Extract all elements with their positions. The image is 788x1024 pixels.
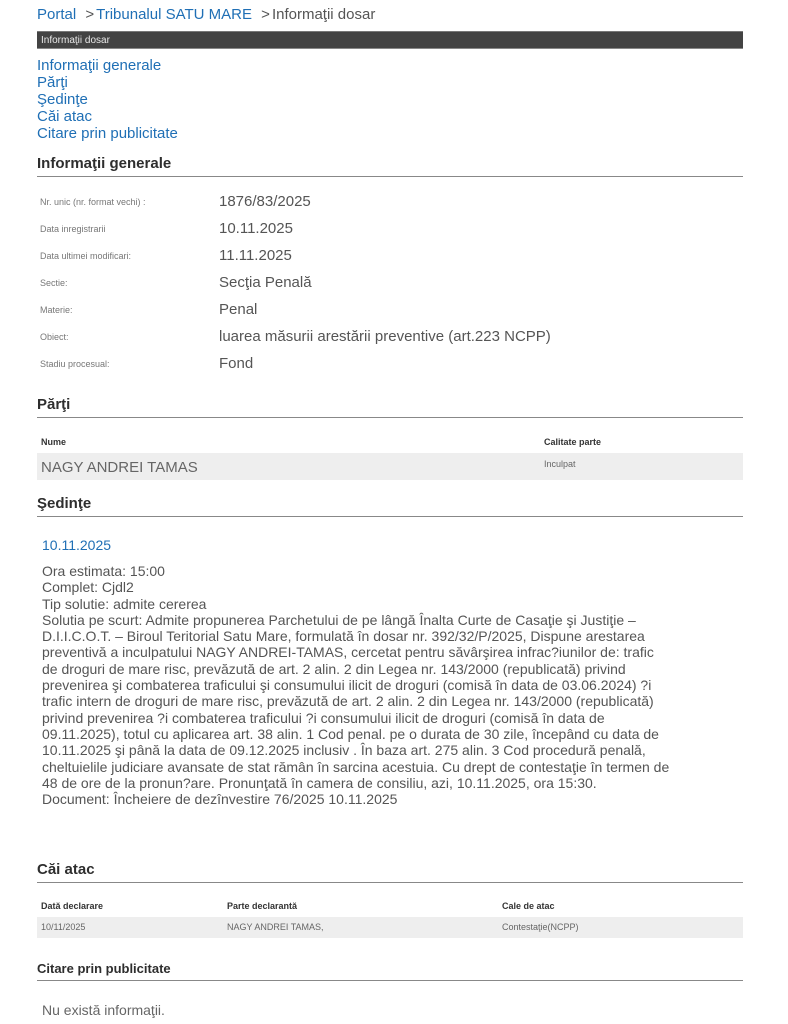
nav-link-informatii-generale[interactable]: Informaţii generale [37,57,178,74]
column-header-parte-declaranta: Parte declarantă [227,901,297,911]
nav-link-cai-atac[interactable]: Căi atac [37,108,178,125]
info-row-data-modificari: Data ultimei modificari: 11.11.2025 [40,251,740,278]
party-name: NAGY ANDREI TAMAS [41,459,198,476]
info-label: Obiect: [40,332,69,342]
hearing-line: preventivă a inculpatului NAGY ANDREI-TA… [42,644,742,660]
hearing-line: Solutia pe scurt: Admite propunerea Parc… [42,612,742,628]
info-value: luarea măsurii arestării preventive (art… [219,328,551,345]
hearing-line: 09.11.2025), totul cu aplicarea art. 38 … [42,726,742,742]
info-label: Stadiu procesual: [40,359,110,369]
table-row: NAGY ANDREI TAMAS Inculpat [37,453,743,480]
breadcrumb-current: Informaţii dosar [272,6,375,23]
party-role: Inculpat [544,459,576,469]
hearing-line: Ora estimata: 15:00 [42,563,742,579]
breadcrumb-separator: > [85,6,94,23]
column-header-cale-atac: Cale de atac [502,901,555,911]
hearing-line: 10.11.2025 şi până la data de 09.12.2025… [42,742,742,758]
appeal-party: NAGY ANDREI TAMAS, [227,922,324,932]
hearing-line: 48 de ore de la pronun?are. Pronunţată î… [42,775,742,791]
info-row-nr-unic: Nr. unic (nr. format vechi) : 1876/83/20… [40,197,740,224]
info-value: 11.11.2025 [219,247,292,264]
section-nav: Informaţii generale Părţi Şedinţe Căi at… [37,57,178,142]
citare-empty-message: Nu există informaţii. [42,1002,165,1018]
info-row-stadiu: Stadiu procesual: Fond [40,359,740,386]
breadcrumb-court-link[interactable]: Tribunalul SATU MARE [96,6,252,23]
hearing-line: trafic intern de droguri de mare risc, p… [42,693,742,709]
nav-link-citare[interactable]: Citare prin publicitate [37,125,178,142]
section-title-cai-atac: Căi atac [37,861,743,883]
info-label: Sectie: [40,278,68,288]
info-label: Nr. unic (nr. format vechi) : [40,197,146,207]
hearing-line: Tip solutie: admite cererea [42,596,742,612]
hearing-details: Ora estimata: 15:00 Complet: Cjdl2 Tip s… [42,563,742,807]
hearing-line: Complet: Cjdl2 [42,579,742,595]
hearing-line: Document: Încheiere de dezînvestire 76/2… [42,791,742,807]
nav-link-parti[interactable]: Părţi [37,74,178,91]
section-title-informatii-generale: Informaţii generale [37,155,743,177]
info-label: Materie: [40,305,73,315]
info-row-data-inregistrarii: Data inregistrarii 10.11.2025 [40,224,740,251]
info-value: Fond [219,355,253,372]
info-row-obiect: Obiect: luarea măsurii arestării prevent… [40,332,740,359]
column-header-data-declarare: Dată declarare [41,901,103,911]
hearing-date: 10.11.2025 [42,537,111,553]
table-header: Dată declarare Parte declarantă Cale de … [37,897,743,917]
nav-link-sedinte[interactable]: Şedinţe [37,91,178,108]
info-row-sectie: Sectie: Secţia Penală [40,278,740,305]
table-header: Nume Calitate parte [37,433,743,453]
hearing-line: de droguri de mare risc, prevăzută de ar… [42,661,742,677]
info-label: Data inregistrarii [40,224,106,234]
appeal-date: 10/11/2025 [41,922,85,932]
info-value: 10.11.2025 [219,220,293,237]
info-value: Secţia Penală [219,274,312,291]
hearing-line: cheltuielile judiciare avansate de stat … [42,759,742,775]
info-value: Penal [219,301,257,318]
cai-atac-table: Dată declarare Parte declarantă Cale de … [37,897,743,938]
section-title-parti: Părţi [37,396,743,418]
section-title-citare: Citare prin publicitate [37,961,743,981]
breadcrumb: Portal >Tribunalul SATU MARE >Informaţii… [37,6,375,23]
breadcrumb-separator: > [261,6,270,23]
column-header-calitate: Calitate parte [544,437,601,447]
hearing-line: D.I.I.C.O.T. – Biroul Teritorial Satu Ma… [42,628,742,644]
page-title-bar: Informaţii dosar [37,31,743,49]
breadcrumb-portal-link[interactable]: Portal [37,6,76,23]
appeal-type: Contestaţie(NCPP) [502,922,579,932]
column-header-nume: Nume [41,437,66,447]
hearing-line: privind prevenirea ?i combaterea traficu… [42,710,742,726]
table-row: 10/11/2025 NAGY ANDREI TAMAS, Contestaţi… [37,917,743,938]
general-info-list: Nr. unic (nr. format vechi) : 1876/83/20… [40,197,740,386]
info-label: Data ultimei modificari: [40,251,131,261]
parti-table: Nume Calitate parte NAGY ANDREI TAMAS In… [37,433,743,480]
section-title-sedinte: Şedinţe [37,495,743,517]
info-value: 1876/83/2025 [219,193,311,210]
hearing-line: prevenirea şi combaterea traficului şi c… [42,677,742,693]
